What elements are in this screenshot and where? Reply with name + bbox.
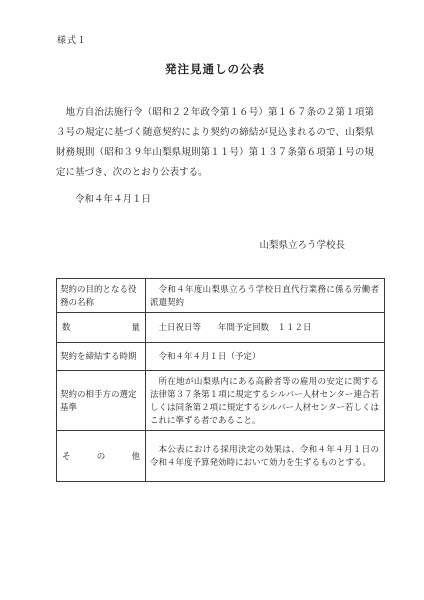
row-label-char: 量	[131, 321, 140, 334]
form-number-label: 様式１	[57, 33, 87, 46]
row-label-other: そ の 他	[57, 431, 146, 482]
row-label-char: 数	[62, 321, 71, 334]
row-label-quantity: 数 量	[57, 313, 146, 343]
row-value-contract-purpose: 令和４年度山梨県立ろう学校日直代行業務に係る労働者派遣契約	[146, 279, 385, 313]
announcement-table: 契約の目的となる役務の名称 令和４年度山梨県立ろう学校日直代行業務に係る労働者派…	[56, 278, 385, 482]
row-value-other: 本公表における採用決定の効果は、令和４年４月１日の令和４年度予算発効時において効…	[146, 431, 385, 482]
row-label-selection-criteria: 契約の相手方の選定基準	[57, 371, 146, 431]
row-label-contract-purpose: 契約の目的となる役務の名称	[57, 279, 146, 313]
row-value-contract-time: 令和４年４月１日（予定）	[146, 343, 385, 371]
row-label-text: 契約の目的となる役務の名称	[60, 284, 137, 307]
table-row-contract-purpose: 契約の目的となる役務の名称 令和４年度山梨県立ろう学校日直代行業務に係る労働者派…	[57, 279, 385, 313]
row-label-char: 他	[131, 450, 140, 463]
row-value-selection-criteria: 所在地が山梨県内にある高齢者等の雇用の安定に関する法律第３７条第１項に規定するシ…	[146, 371, 385, 431]
row-value-quantity: 土日祝日等 年間予定回数 １１２日	[146, 313, 385, 343]
signer-name: 山梨県立ろう学校長	[56, 237, 345, 251]
table-row-other: そ の 他 本公表における採用決定の効果は、令和４年４月１日の令和４年度予算発効…	[57, 431, 385, 482]
table-row-selection-criteria: 契約の相手方の選定基準 所在地が山梨県内にある高齢者等の雇用の安定に関する法律第…	[57, 371, 385, 431]
table-row-quantity: 数 量 土日祝日等 年間予定回数 １１２日	[57, 313, 385, 343]
justified-label: そ の 他	[60, 450, 142, 463]
justified-label: 数 量	[60, 321, 142, 334]
row-label-char: そ	[62, 450, 71, 463]
row-label-contract-time: 契約を締結する時期	[57, 343, 146, 371]
row-label-text: 契約の相手方の選定基準	[60, 389, 137, 412]
page-title: 発注見通しの公表	[56, 61, 374, 77]
table-row-contract-time: 契約を締結する時期 令和４年４月１日（予定）	[57, 343, 385, 371]
row-label-char: の	[97, 450, 106, 463]
document-page: 様式１ 発注見通しの公表 地方自治法施行令（昭和２２年政令第１６号）第１６７条の…	[0, 0, 424, 600]
document-date: 令和４年４月１日	[75, 191, 151, 205]
body-paragraph: 地方自治法施行令（昭和２２年政令第１６号）第１６７条の２第１項第３号の規定に基づ…	[56, 103, 374, 183]
row-label-text: 契約を締結する時期	[60, 351, 137, 361]
